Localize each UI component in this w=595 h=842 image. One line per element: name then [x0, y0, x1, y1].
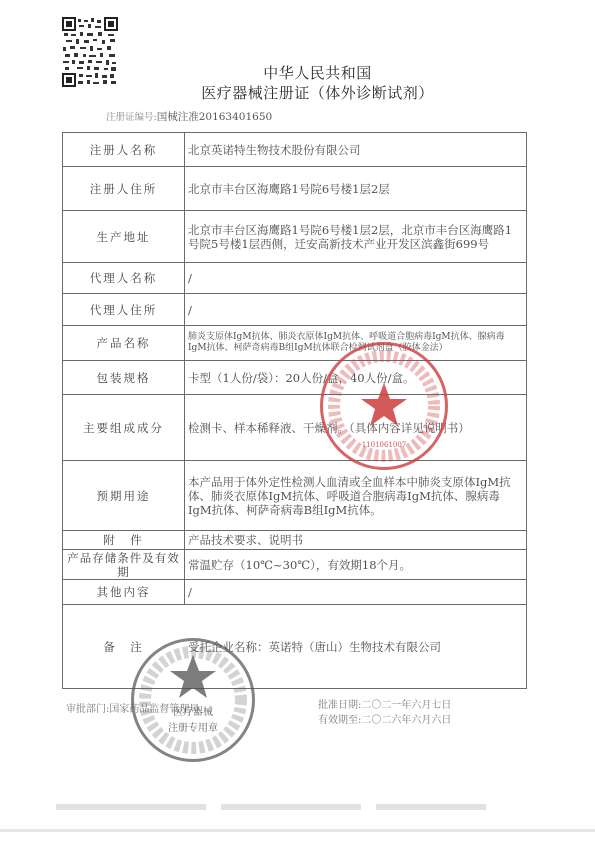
table-row: 注册人名称 北京英诺特生物技术股份有限公司 — [63, 133, 527, 167]
table-row: 包装规格 卡型（1人份/袋）：20人份/盒，40人份/盒。 — [63, 361, 527, 395]
star-icon — [134, 641, 252, 759]
field-label: 代理人名称 — [63, 263, 185, 294]
field-value: / — [185, 263, 527, 294]
table-row: 主要组成成分 检测卡、样本稀释液、干燥剂。（具体内容详见说明书） — [63, 395, 527, 461]
field-label: 代理人住所 — [63, 294, 185, 326]
field-value: 北京英诺特生物技术股份有限公司 — [185, 133, 527, 167]
issuer-label: 审批部门: — [66, 704, 109, 715]
scan-edge — [0, 829, 595, 832]
valid-until-line: 有效期至:二〇二六年六月六日 — [318, 713, 451, 728]
dates-block: 批准日期:二〇二一年六月七日 有效期至:二〇二六年六月六日 — [318, 698, 451, 728]
table-row: 预期用途 本产品用于体外定性检测人血清或全血样本中肺炎支原体IgM抗体、肺炎衣原… — [63, 461, 527, 531]
table-row: 产品名称 肺炎支原体IgM抗体、肺炎衣原体IgM抗体、呼吸道合胞病毒IgM抗体、… — [63, 326, 527, 361]
table-row: 代理人住所 / — [63, 294, 527, 326]
table-row: 注册人住所 北京市丰台区海鹰路1号院6号楼1层2层 — [63, 167, 527, 211]
document-title-country: 中华人民共和国 — [20, 62, 595, 83]
field-label: 产品名称 — [63, 326, 185, 361]
field-value: 本产品用于体外定性检测人血清或全血样本中肺炎支原体IgM抗体、肺炎衣原体IgM抗… — [185, 461, 527, 531]
approval-date-label: 批准日期: — [318, 700, 361, 711]
approval-date: 二〇二一年六月七日 — [361, 700, 451, 711]
table-row: 生产地址 北京市丰台区海鹰路1号院6号楼1层2层，北京市丰台区海鹰路1号院5号楼… — [63, 211, 527, 263]
registration-number: 国械注准20163401650 — [157, 111, 273, 123]
field-label: 预期用途 — [63, 461, 185, 531]
registration-number-line: 注册证编号:国械注准20163401650 — [106, 109, 272, 124]
company-seal: 1101061007 — [320, 342, 448, 470]
valid-until-label: 有效期至: — [318, 715, 361, 726]
table-row: 代理人名称 / — [63, 263, 527, 294]
field-value: 北京市丰台区海鹰路1号院6号楼1层2层，北京市丰台区海鹰路1号院5号楼1层西侧，… — [185, 211, 527, 263]
field-label: 主要组成成分 — [63, 395, 185, 461]
field-value: / — [185, 580, 527, 605]
table-row: 备 注 受托企业名称：英诺特（唐山）生物技术有限公司 — [63, 605, 527, 689]
field-value: 产品技术要求、说明书 — [185, 531, 527, 550]
field-label: 注册人住所 — [63, 167, 185, 211]
table-row: 其他内容 / — [63, 580, 527, 605]
approval-date-line: 批准日期:二〇二一年六月七日 — [318, 698, 451, 713]
seal-line2: 注册专用章 — [134, 719, 252, 734]
table-row: 产品存储条件及有效期 常温贮存（10℃~30℃），有效期18个月。 — [63, 550, 527, 580]
authority-seal: 医疗器械 注册专用章 — [131, 638, 255, 762]
field-value: 常温贮存（10℃~30℃），有效期18个月。 — [185, 550, 527, 580]
field-label: 其他内容 — [63, 580, 185, 605]
field-value: 北京市丰台区海鹰路1号院6号楼1层2层 — [185, 167, 527, 211]
table-row: 附 件 产品技术要求、说明书 — [63, 531, 527, 550]
faint-footer-text — [56, 803, 486, 813]
certificate-table: 注册人名称 北京英诺特生物技术股份有限公司 注册人住所 北京市丰台区海鹰路1号院… — [62, 132, 527, 689]
field-label: 包装规格 — [63, 361, 185, 395]
valid-until: 二〇二六年六月六日 — [361, 715, 451, 726]
seal-number: 1101061007 — [323, 441, 445, 449]
field-value: / — [185, 294, 527, 326]
registration-number-label: 注册证编号: — [106, 112, 157, 123]
document-title: 医疗器械注册证（体外诊断试剂） — [20, 82, 595, 103]
field-label: 附 件 — [63, 531, 185, 550]
field-label: 产品存储条件及有效期 — [63, 550, 185, 580]
seal-line1: 医疗器械 — [134, 703, 252, 718]
field-label: 生产地址 — [63, 211, 185, 263]
field-label: 注册人名称 — [63, 133, 185, 167]
